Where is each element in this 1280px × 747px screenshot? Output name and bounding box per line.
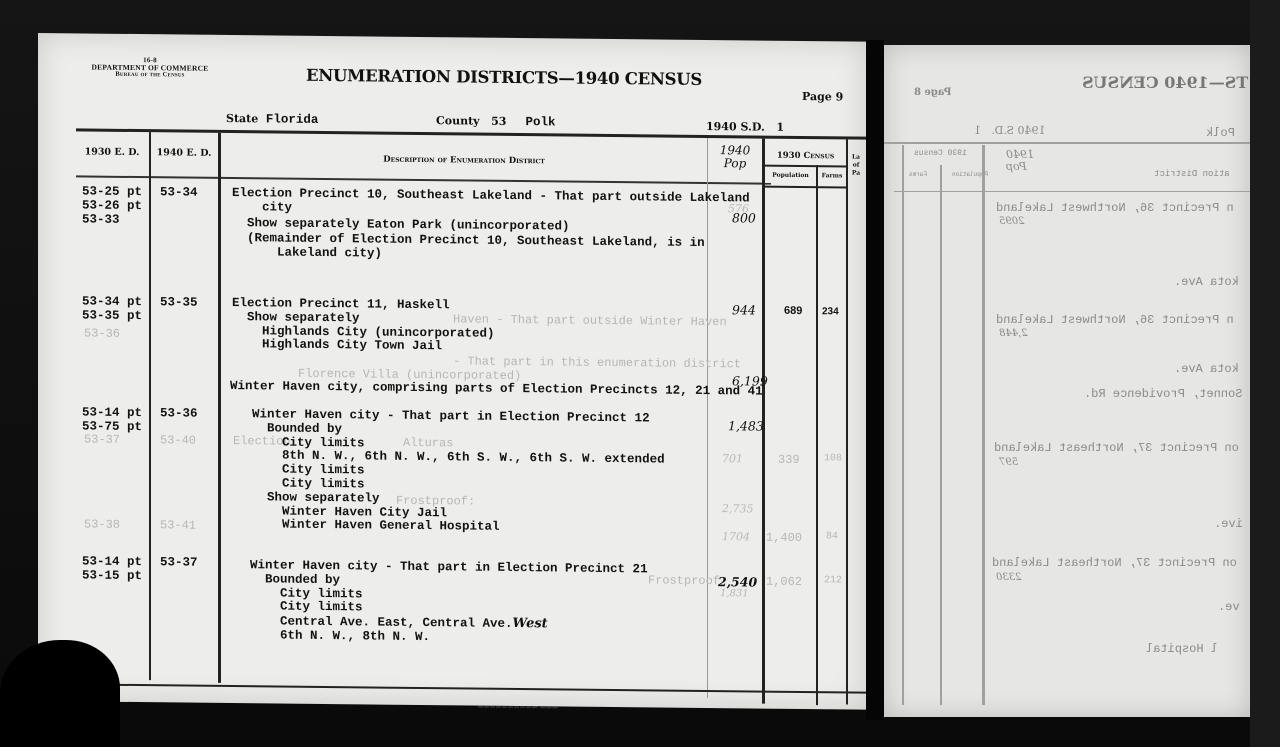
facing-line-num: 2,448 [999, 328, 1028, 339]
facing-line-text: on Precinct 37, Northeast Lakeland [994, 441, 1239, 455]
description-cell: Election Precinct 11, Haskell Show separ… [232, 297, 495, 355]
ed1930-value: 53-35 pt [82, 309, 142, 323]
scan-right-edge [1250, 0, 1280, 747]
facing-col-rule [982, 145, 985, 705]
thumb-shadow [0, 640, 120, 747]
ghost-ed: 53-40 [160, 433, 196, 447]
pop1940-cell: 2,540 [718, 574, 757, 589]
page-number-value: 9 [836, 90, 844, 103]
pop1940-cell: 800 [732, 210, 756, 225]
farms1930-cell: 234 [822, 305, 839, 319]
facing-line: n Precinct 36, Northwest Lakeland [996, 201, 1234, 215]
ed1940-cell: 53-37 [160, 556, 198, 570]
ghost-number: 1,400 [766, 531, 802, 545]
ed1940-cell: 53-36 [160, 407, 198, 421]
page-title: ENUMERATION DISTRICTS—1940 CENSUS [306, 66, 702, 89]
col-header-last: La of Pa [848, 153, 864, 177]
state-value: Florida [266, 112, 319, 127]
page-number: Page 9 [802, 90, 843, 103]
facing-rule [884, 142, 1250, 144]
census-subhdr-rule-2 [765, 186, 847, 188]
ed1930-value: 53-15 pt [82, 569, 142, 583]
facing-line-num: 597 [999, 457, 1018, 468]
ghost-ed: 53-36 [84, 326, 120, 340]
county-label: County [436, 114, 480, 127]
census-page-8-bleed: TS—1940 CENSUS Page 8 1940 S.D. 1 Polk 1… [884, 45, 1250, 717]
facing-line: on Precinct 37, Northeast Lakeland [992, 556, 1237, 570]
ed1930-cell: 53-14 pt53-15 pt [82, 555, 142, 583]
facing-col-rule [902, 145, 904, 705]
description-line: 6th N. W., 8th N. W. [250, 629, 648, 647]
facing-line-text: l Hospital [1146, 642, 1218, 656]
col-header-1940-ed: 1940 E. D. [150, 147, 218, 159]
facing-page-number: Page 8 [914, 87, 952, 98]
facing-county: Polk [1206, 126, 1235, 140]
facing-county-text: Polk [1206, 126, 1235, 140]
sd-value: 1 [776, 121, 784, 134]
facing-line: ve. [1218, 600, 1240, 614]
facing-line: on Precinct 37, Northeast Lakeland [994, 441, 1239, 455]
state-label: State [226, 112, 258, 125]
facing-line-num: 2095 [999, 216, 1024, 227]
facing-line-text: kota Ave. [1174, 275, 1239, 289]
facing-line: l Hospital [1146, 642, 1218, 656]
facing-pop-hand: 1940Pop [1006, 149, 1034, 173]
col-header-1930-ed: 1930 E. D. [76, 146, 148, 158]
ed1930-value: 53-26 pt [82, 199, 142, 213]
facing-col-hdr: ation District [1154, 169, 1230, 179]
facing-line: kota Ave. [1174, 275, 1239, 289]
facing-line-text: n Precinct 36, Northwest Lakeland [996, 201, 1234, 215]
facing-farms-text: Farms [909, 171, 927, 178]
ghost-number: 339 [778, 453, 800, 467]
col-divider-6 [846, 139, 848, 704]
facing-line: ive. [1214, 517, 1243, 531]
sd-field: 1940 S.D. 1 [706, 120, 784, 134]
ghost-ed: 53-41 [160, 518, 196, 532]
ghost-number: 1,062 [766, 575, 802, 589]
col-header-description: Description of Enumeration District [221, 153, 707, 168]
facing-line: n Precinct 36, Northwest Lakeland [996, 313, 1234, 327]
pop1930-cell: 689 [784, 305, 802, 319]
ghost-number: 108 [824, 453, 842, 464]
facing-page-text: Page 8 [914, 87, 952, 98]
pop1940-cell: 1,483 [728, 418, 764, 433]
sd-label: 1940 S.D. [706, 120, 765, 134]
facing-census-hdr: 1930 Census [914, 149, 967, 158]
col-header-1940-pop: 1940 Pop [708, 144, 762, 171]
description-cell: Election Precinct 10, Southeast Lakeland… [232, 187, 750, 265]
facing-hdr-rule [894, 191, 1250, 192]
facing-col-hdr-text: ation District [1154, 169, 1230, 179]
facing-title: TS—1940 CENSUS [1082, 73, 1248, 92]
page-label: Page [802, 90, 832, 103]
description-line: Highlands City Town Jail [232, 338, 495, 355]
ghost-number: 2,735 [722, 502, 754, 515]
facing-sd-text: 1940 S.D. 1 [974, 124, 1046, 137]
facing-line: kota Ave. [1174, 362, 1239, 376]
facing-line-text: Sonnet, Providence Rd. [1084, 387, 1242, 401]
pop-hdr-label: Pop [708, 157, 762, 171]
ghost-number: 701 [722, 452, 743, 465]
ed1930-cell: 53-25 pt53-26 pt53-33 [82, 185, 142, 227]
col-divider-1 [149, 132, 151, 680]
facing-line-text: on Precinct 37, Northeast Lakeland [992, 556, 1237, 570]
facing-sd: 1940 S.D. 1 [974, 124, 1046, 137]
county-name: Polk [526, 115, 556, 129]
ghost-number: 1,831 [720, 588, 749, 599]
state-field: State Florida [226, 112, 318, 127]
col-header-farms: Farms [818, 172, 846, 179]
description-cell: Winter Haven city - That part in Electio… [252, 408, 665, 536]
ed1930-value: 53-33 [82, 213, 142, 227]
col-divider-2 [218, 133, 221, 683]
bottom-rule [76, 683, 866, 693]
ghost-ed: 53-37 [84, 432, 120, 446]
column-header-rule [76, 175, 771, 184]
description-cell: Winter Haven city - That part in Electio… [250, 559, 648, 647]
facing-number: 2095 [999, 216, 1024, 227]
description-cell: Winter Haven city, comprising parts of E… [230, 380, 763, 399]
col-header-1930-census: 1930 Census [765, 151, 846, 162]
facing-line: Sonnet, Providence Rd. [1084, 387, 1242, 401]
facing-census-hdr-text: 1930 Census [914, 149, 967, 158]
facing-farms-hdr: Farms [909, 171, 927, 178]
facing-line-text: n Precinct 36, Northwest Lakeland [996, 313, 1234, 327]
facing-pop-label: Pop [1006, 161, 1027, 173]
description-line: Winter Haven General Hospital [252, 519, 665, 537]
ed1930-value: 53-75 pt [82, 420, 142, 434]
facing-line-text: ive. [1214, 517, 1243, 531]
ed1930-cell: 53-34 pt53-35 pt [82, 295, 142, 323]
census-subhdr-rule [765, 165, 847, 167]
county-field: County 53 Polk [436, 114, 556, 129]
col-header-population: Population [765, 172, 816, 180]
description-line: Winter Haven city, comprising parts of E… [230, 380, 763, 399]
county-code: 53 [491, 115, 506, 128]
ghost-number: 212 [824, 575, 842, 586]
facing-col-rule [940, 165, 942, 705]
col-divider-5 [816, 165, 818, 705]
printer-imprint: ▬▬▬▬▬▬▬▬▬▬ ▬▬▬ [478, 704, 558, 711]
ghost-text: Frostproof [648, 573, 720, 588]
facing-number: 597 [999, 457, 1018, 468]
book-gutter [866, 40, 884, 720]
facing-number: 2,448 [999, 328, 1028, 339]
ghost-number: 84 [826, 531, 838, 542]
ghost-ed: 53-38 [84, 517, 120, 531]
census-page-9: 16-8 DEPARTMENT OF COMMERCE Bureau of th… [38, 33, 866, 710]
ed1940-cell: 53-34 [160, 186, 198, 200]
ed1940-cell: 53-35 [160, 296, 198, 310]
facing-line-text: kota Ave. [1174, 362, 1239, 376]
handwritten-insert: West [513, 616, 548, 631]
facing-line-text: ve. [1218, 600, 1240, 614]
pop1940-cell: 944 [732, 302, 756, 317]
facing-title-text: TS—1940 CENSUS [1082, 73, 1248, 92]
facing-line-num: 2330 [996, 572, 1021, 583]
pop1940-cell: 6,199 [732, 373, 768, 388]
ghost-number: 1704 [722, 530, 750, 543]
facing-number: 2330 [996, 572, 1021, 583]
department-header: 16-8 DEPARTMENT OF COMMERCE Bureau of th… [75, 56, 225, 79]
ed1930-cell: 53-14 pt53-75 pt [82, 406, 142, 434]
